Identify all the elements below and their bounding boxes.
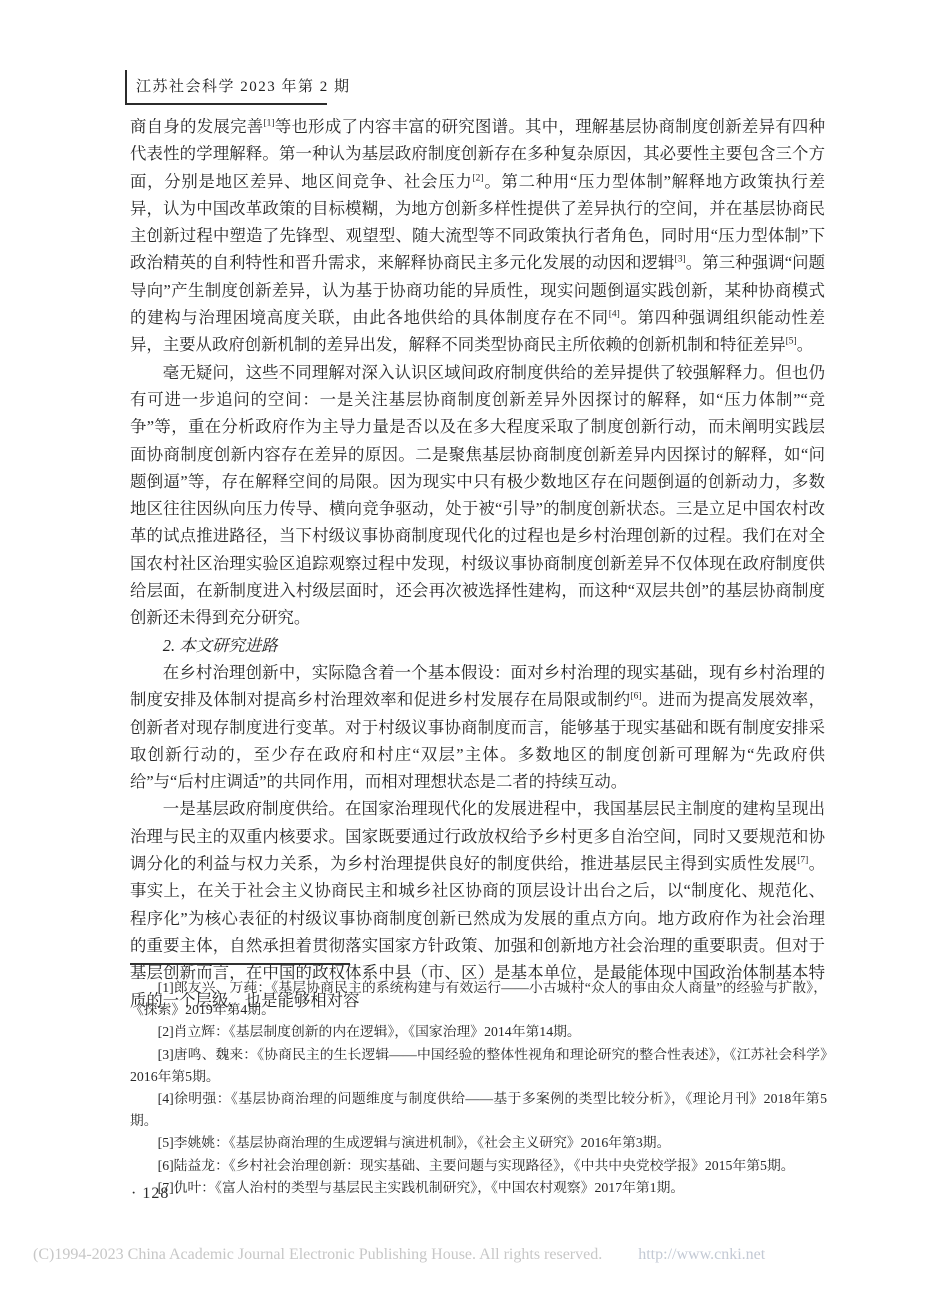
cnki-url: http://www.cnki.net [638, 1246, 765, 1263]
footnote-reference: [6] [630, 692, 641, 702]
footnote-reference: [2] [473, 173, 484, 183]
footnote-item: [1]郎友兴、万莼：《基层协商民主的系统构建与有效运行——小古城村“众人的事由众… [130, 977, 827, 1021]
footnote-reference: [1] [263, 119, 274, 129]
footnote-item: [2]肖立辉：《基层制度创新的内在逻辑》，《国家治理》2014年第14期。 [130, 1021, 827, 1043]
footnote-item: [7]仇叶：《富人治村的类型与基层民主实践机制研究》，《中国农村观察》2017年… [130, 1177, 827, 1199]
section-heading: 2. 本文研究进路 [130, 632, 825, 659]
footnotes-section: [1]郎友兴、万莼：《基层协商民主的系统构建与有效运行——小古城村“众人的事由众… [130, 963, 827, 1199]
footnote-reference: [5] [786, 337, 797, 347]
page-number: · 128 · [131, 1185, 181, 1203]
body-paragraph: 毫无疑问，这些不同理解对深入认识区域间政府制度供给的差异提供了较强解释力。但也仍… [130, 359, 825, 632]
footnote-reference: [3] [675, 255, 686, 265]
article-content: 商自身的发展完善[1]等也形成了内容丰富的研究图谱。其中，理解基层协商制度创新差… [130, 113, 825, 1014]
scanned-paper-page: 江苏社会科学 2023 年第 2 期 商自身的发展完善[1]等也形成了内容丰富的… [0, 0, 950, 1294]
footnote-reference: [7] [797, 856, 808, 866]
footnotes-list: [1]郎友兴、万莼：《基层协商民主的系统构建与有效运行——小古城村“众人的事由众… [130, 977, 827, 1199]
footnote-separator-rule [130, 963, 350, 965]
cnki-copyright-footer: (C)1994-2023 China Academic Journal Elec… [33, 1246, 765, 1264]
journal-issue-header: 江苏社会科学 2023 年第 2 期 [125, 70, 327, 105]
footnote-item: [5]李姚姚：《基层协商治理的生成逻辑与演进机制》，《社会主义研究》2016年第… [130, 1132, 827, 1154]
footnote-item: [4]徐明强：《基层协商治理的问题维度与制度供给——基于多案例的类型比较分析》，… [130, 1088, 827, 1132]
copyright-text: (C)1994-2023 China Academic Journal Elec… [33, 1246, 602, 1263]
footnote-item: [6]陆益龙：《乡村社会治理创新：现实基础、主要问题与实现路径》，《中共中央党校… [130, 1155, 827, 1177]
body-paragraph: 在乡村治理创新中，实际隐含着一个基本假设：面对乡村治理的现实基础，现有乡村治理的… [130, 659, 825, 795]
footnote-item: [3]唐鸣、魏来：《协商民主的生长逻辑——中国经验的整体性视角和理论研究的整合性… [130, 1044, 827, 1088]
body-paragraph: 商自身的发展完善[1]等也形成了内容丰富的研究图谱。其中，理解基层协商制度创新差… [130, 113, 825, 359]
footnote-reference: [4] [609, 310, 620, 320]
